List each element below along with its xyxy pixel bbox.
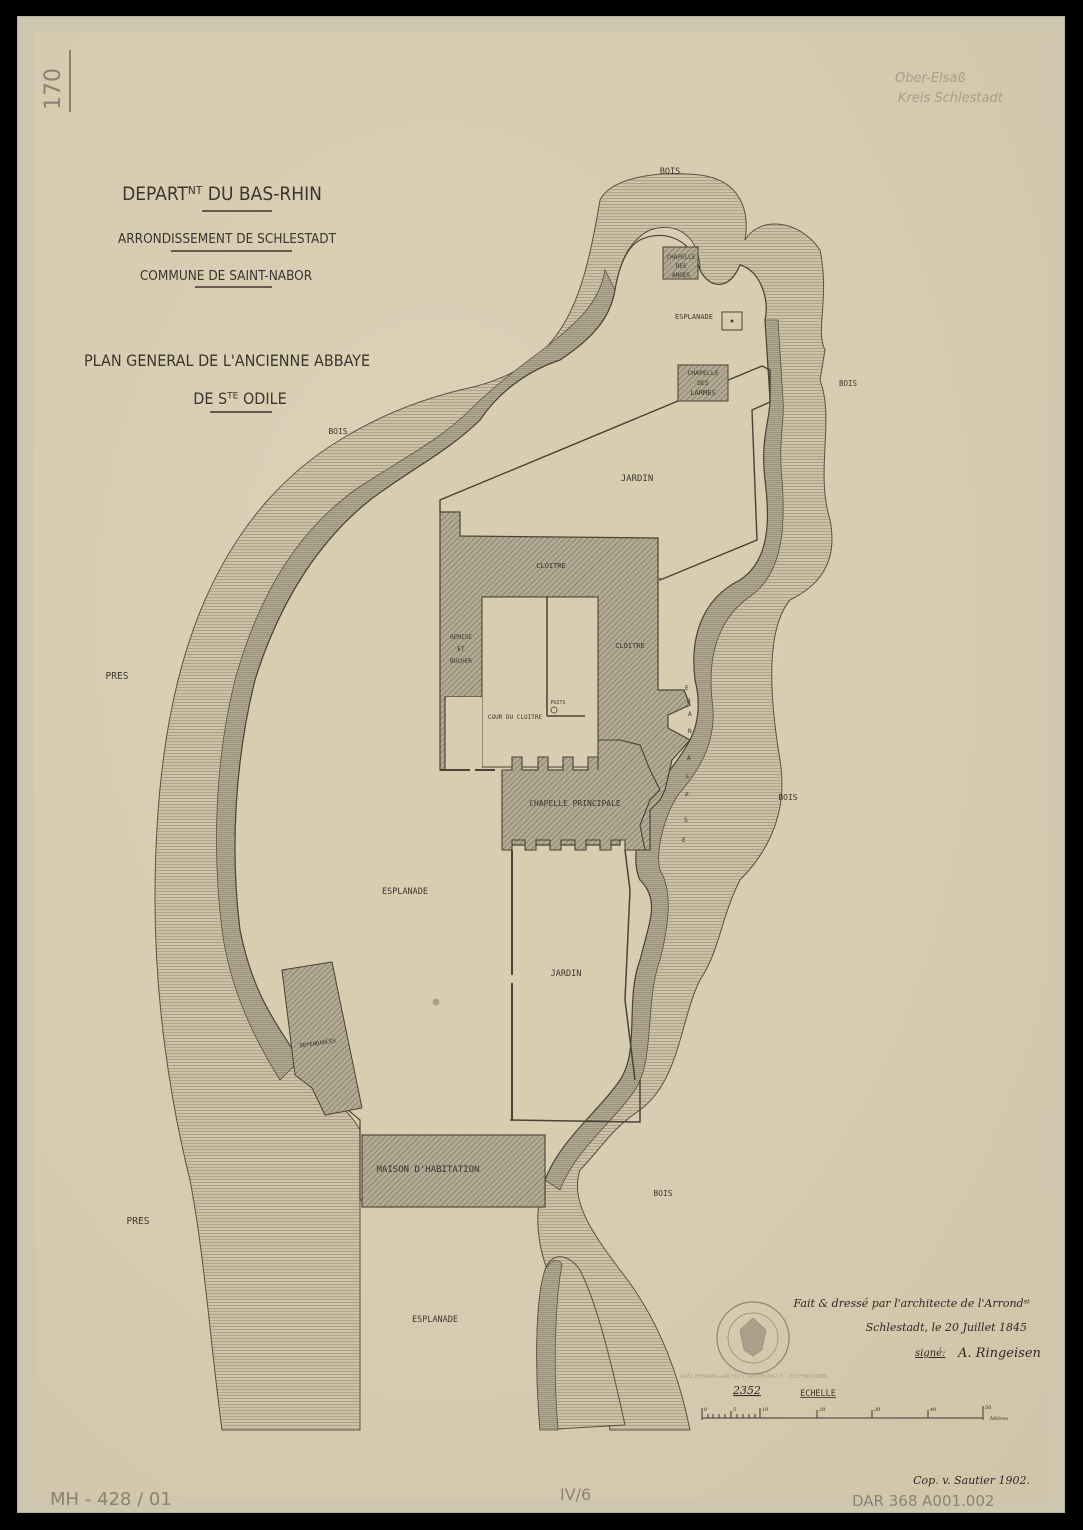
svg-text:30: 30	[874, 1407, 881, 1413]
svg-text:PRES: PRES	[106, 671, 129, 682]
svg-text:PRES: PRES	[127, 1216, 150, 1227]
footer-ref-center: IV/6	[560, 1485, 591, 1504]
svg-text:BOIS: BOIS	[660, 167, 680, 177]
title-arrondissement: ARRONDISSEMENT DE SCHLESTADT	[118, 231, 337, 247]
svg-text:40: 40	[929, 1407, 937, 1413]
svg-text:Mètres: Mètres	[989, 1415, 1008, 1422]
svg-text:P: P	[685, 792, 689, 799]
svg-text:S: S	[684, 817, 688, 824]
svg-text:N: N	[688, 728, 692, 735]
svg-text:Schlestadt, le 20 Juillet 1845: Schlestadt, le 20 Juillet 1845	[866, 1321, 1027, 1334]
svg-text:PUITS: PUITS	[550, 700, 565, 706]
title-department: DEPARTᴺᵀ DU BAS-RHIN	[122, 183, 322, 205]
svg-text:BOIS: BOIS	[653, 1189, 672, 1198]
svg-text:ET: ET	[457, 646, 465, 653]
esplanade-marker	[433, 999, 440, 1006]
svg-text:CHAPELLE PRINCIPALE: CHAPELLE PRINCIPALE	[529, 799, 621, 808]
svg-text:A. Ringeisen: A. Ringeisen	[957, 1346, 1041, 1361]
svg-text:5: 5	[733, 1407, 736, 1413]
archive-number: 170	[41, 50, 70, 112]
archive-stamp: KAISL.DENKMAL-ARCHIV STRASSBURG I.E. · Z…	[679, 1302, 827, 1380]
title-plan: PLAN GENERAL DE L'ANCIENNE ABBAYE	[84, 351, 370, 370]
svg-text:Fait & dressé par l'architecte: Fait & dressé par l'architecte de l'Arro…	[793, 1297, 1031, 1310]
svg-text:10: 10	[762, 1407, 769, 1413]
svg-text:CLOITRE: CLOITRE	[536, 562, 566, 570]
attribution-block: Fait & dressé par l'architecte de l'Arro…	[793, 1297, 1041, 1361]
cour-du-cloitre	[482, 597, 598, 767]
svg-text:signé:: signé:	[915, 1348, 945, 1359]
svg-text:BOIS: BOIS	[778, 793, 797, 802]
site-plan-drawing: 170 Ober-Elsaß Kreis Schlestadt DEPARTᴺᵀ…	[0, 0, 1083, 1530]
title-saint-odile: DE Sᵀᴱ ODILE	[193, 389, 287, 408]
pencil-note-line2: Kreis Schlestadt	[898, 91, 1004, 106]
svg-text:JARDIN: JARDIN	[621, 474, 654, 484]
svg-text:COUR DU CLOITRE: COUR DU CLOITRE	[488, 714, 543, 721]
title-block: DEPARTᴺᵀ DU BAS-RHIN ARRONDISSEMENT DE S…	[84, 183, 370, 412]
footer-ref-left: MH - 428 / 01	[50, 1489, 172, 1510]
svg-text:DES: DES	[676, 263, 687, 270]
svg-text:D: D	[687, 698, 691, 705]
footer-ref-right: DAR 368 A001.002	[852, 1492, 994, 1510]
svg-text:E: E	[682, 837, 686, 844]
svg-text:20: 20	[818, 1407, 826, 1413]
svg-text:BUCHER: BUCHER	[450, 658, 472, 665]
svg-text:ESPLANADE: ESPLANADE	[412, 1315, 458, 1325]
svg-text:50: 50	[985, 1405, 992, 1411]
svg-text:REMISE: REMISE	[450, 634, 472, 641]
svg-text:ECHELLE: ECHELLE	[800, 1389, 836, 1399]
svg-text:KAISL.DENKMAL-ARCHIV STRASSBUR: KAISL.DENKMAL-ARCHIV STRASSBURG I.E. · Z…	[679, 1374, 827, 1380]
svg-text:CHAPELLE: CHAPELLE	[667, 254, 696, 261]
svg-text:DES: DES	[697, 379, 709, 387]
title-commune: COMMUNE DE SAINT-NABOR	[140, 268, 313, 284]
svg-text:BOIS: BOIS	[328, 427, 347, 436]
svg-text:CHAPELLE: CHAPELLE	[687, 369, 718, 377]
svg-text:A: A	[687, 755, 691, 762]
pencil-note-line1: Ober-Elsaß	[895, 71, 966, 86]
svg-text:ANGES: ANGES	[672, 272, 690, 279]
svg-text:ESPLANADE: ESPLANADE	[675, 313, 713, 321]
svg-text:170: 170	[41, 68, 66, 110]
svg-text:E: E	[685, 685, 689, 692]
svg-text:JARDIN: JARDIN	[551, 969, 582, 979]
svg-text:0: 0	[704, 1407, 708, 1413]
svg-text:BOIS: BOIS	[839, 379, 858, 388]
svg-text:CLOITRE: CLOITRE	[615, 642, 645, 650]
svg-text:L: L	[686, 773, 690, 780]
svg-text:LARMES: LARMES	[690, 389, 715, 397]
svg-text:ESPLANADE: ESPLANADE	[382, 887, 428, 897]
svg-text:MAISON D'HABITATION: MAISON D'HABITATION	[377, 1165, 480, 1175]
copy-note: Cop. v. Sautier 1902.	[913, 1474, 1030, 1487]
stamp-number: 2352	[732, 1384, 761, 1397]
svg-text:A: A	[688, 711, 692, 718]
